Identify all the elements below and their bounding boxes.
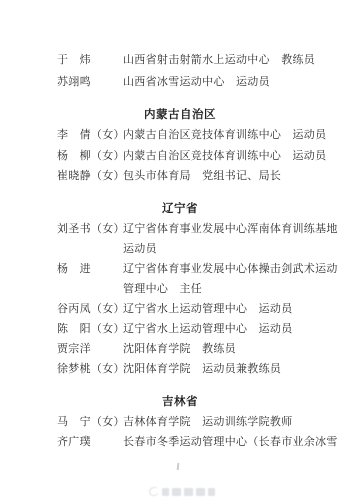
entry-name: 李 倩（女） [57, 125, 123, 145]
entry-org: 长春市冬季运动管理中心（长春市业余冰雪 [123, 432, 343, 452]
entry-row: 谷丙凤（女） 辽宁省水上运动管理中心 运动员 [0, 299, 360, 319]
entry-org: 辽宁省体育事业发展中心浑南体育训练基地 运动员 [123, 219, 343, 259]
watermark [149, 486, 215, 497]
entry-row: 苏翊鸣 山西省冰雪运动中心 运动员 [0, 72, 360, 92]
entry-name: 谷丙凤（女） [57, 299, 123, 319]
watermark-logo-icon [148, 486, 160, 497]
section-neimenggu: 内蒙古自治区 李 倩（女） 内蒙古自治区竞技体育训练中心 运动员 杨 柳（女） … [0, 105, 360, 186]
entry-org-line: 辽宁省体育事业发展中心浑南体育训练基地 [123, 219, 343, 239]
entry-org-line: 沈阳体育学院 运动员兼教练员 [123, 359, 343, 379]
entry-name: 陈 阳（女） [57, 319, 123, 339]
watermark-glyph [196, 488, 205, 496]
entry-org-line: 吉林体育学院 运动训练学院教师 [123, 412, 343, 432]
entry-row: 杨 柳（女） 内蒙古自治区竞技体育训练中心 运动员 [0, 146, 360, 166]
watermark-glyph [184, 488, 193, 496]
section-liaoning: 辽宁省 刘圣书（女） 辽宁省体育事业发展中心浑南体育训练基地 运动员 杨 进 辽… [0, 199, 360, 379]
entry-row: 齐广璞 长春市冬季运动管理中心（长春市业余冰雪 [0, 432, 360, 452]
section-header: 吉林省 [0, 392, 360, 412]
entry-org: 辽宁省体育事业发展中心体操击剑武术运动 管理中心 主任 [123, 259, 343, 299]
entry-org: 山西省射击射箭水上运动中心 教练员 [123, 50, 343, 70]
entry-row: 马 宁（女） 吉林体育学院 运动训练学院教师 [0, 412, 360, 432]
entry-row: 于 炜 山西省射击射箭水上运动中心 教练员 [0, 50, 360, 70]
section-header: 内蒙古自治区 [0, 105, 360, 125]
entry-org: 沈阳体育学院 教练员 [123, 339, 343, 359]
entry-org: 山西省冰雪运动中心 运动员 [123, 72, 343, 92]
entry-name: 刘圣书（女） [57, 219, 123, 239]
entry-org-line: 辽宁省体育事业发展中心体操击剑武术运动 [123, 259, 343, 279]
entry-org-line: 沈阳体育学院 教练员 [123, 339, 343, 359]
section-jilin: 吉林省 马 宁（女） 吉林体育学院 运动训练学院教师 齐广璞 长春市冬季运动管理… [0, 392, 360, 452]
entry-org: 辽宁省水上运动管理中心 运动员 [123, 319, 343, 339]
entry-name: 马 宁（女） [57, 412, 123, 432]
entry-org-line: 包头市体育局 党组书记、局长 [123, 166, 343, 186]
entry-org: 包头市体育局 党组书记、局长 [123, 166, 343, 186]
entry-name: 杨 进 [57, 259, 123, 279]
entry-org-line: 辽宁省水上运动管理中心 运动员 [123, 299, 343, 319]
entry-org-line: 山西省射击射箭水上运动中心 教练员 [123, 50, 343, 70]
entry-org: 内蒙古自治区竞技体育训练中心 运动员 [123, 146, 343, 166]
entry-org-line: 内蒙古自治区竞技体育训练中心 运动员 [123, 125, 343, 145]
watermark-glyph [162, 488, 169, 496]
entry-org-line: 山西省冰雪运动中心 运动员 [123, 72, 343, 92]
entry-org-line: 长春市冬季运动管理中心（长春市业余冰雪 [123, 432, 343, 452]
entry-row: 李 倩（女） 内蒙古自治区竞技体育训练中心 运动员 [0, 125, 360, 145]
entry-org: 吉林体育学院 运动训练学院教师 [123, 412, 343, 432]
entry-name: 齐广璞 [57, 432, 123, 452]
entry-row: 陈 阳（女） 辽宁省水上运动管理中心 运动员 [0, 319, 360, 339]
entry-name: 崔晓静（女） [57, 166, 123, 186]
entry-org: 辽宁省水上运动管理中心 运动员 [123, 299, 343, 319]
entry-name: 杨 柳（女） [57, 146, 123, 166]
section-shanxi: 于 炜 山西省射击射箭水上运动中心 教练员 苏翊鸣 山西省冰雪运动中心 运动员 [0, 50, 360, 92]
entry-org: 沈阳体育学院 运动员兼教练员 [123, 359, 343, 379]
entry-name: 苏翊鸣 [57, 72, 123, 92]
entry-org-line2: 运动员 [123, 239, 343, 259]
entry-name: 贾宗洋 [57, 339, 123, 359]
entry-org-line: 内蒙古自治区竞技体育训练中心 运动员 [123, 146, 343, 166]
entry-row: 徐梦桃（女） 沈阳体育学院 运动员兼教练员 [0, 359, 360, 379]
entry-name: 于 炜 [57, 50, 123, 70]
watermark-glyph [208, 488, 215, 496]
entry-row: 崔晓静（女） 包头市体育局 党组书记、局长 [0, 166, 360, 186]
entry-org-line: 辽宁省水上运动管理中心 运动员 [123, 319, 343, 339]
entry-org: 内蒙古自治区竞技体育训练中心 运动员 [123, 125, 343, 145]
entry-row: 杨 进 辽宁省体育事业发展中心体操击剑武术运动 管理中心 主任 [0, 259, 360, 299]
entry-org-line2: 管理中心 主任 [123, 279, 343, 299]
entry-row: 贾宗洋 沈阳体育学院 教练员 [0, 339, 360, 359]
entry-row: 刘圣书（女） 辽宁省体育事业发展中心浑南体育训练基地 运动员 [0, 219, 360, 259]
section-header: 辽宁省 [0, 199, 360, 219]
entry-name: 徐梦桃（女） [57, 359, 123, 379]
document-page: 于 炜 山西省射击射箭水上运动中心 教练员 苏翊鸣 山西省冰雪运动中心 运动员 … [0, 0, 360, 504]
watermark-glyph [172, 488, 181, 496]
